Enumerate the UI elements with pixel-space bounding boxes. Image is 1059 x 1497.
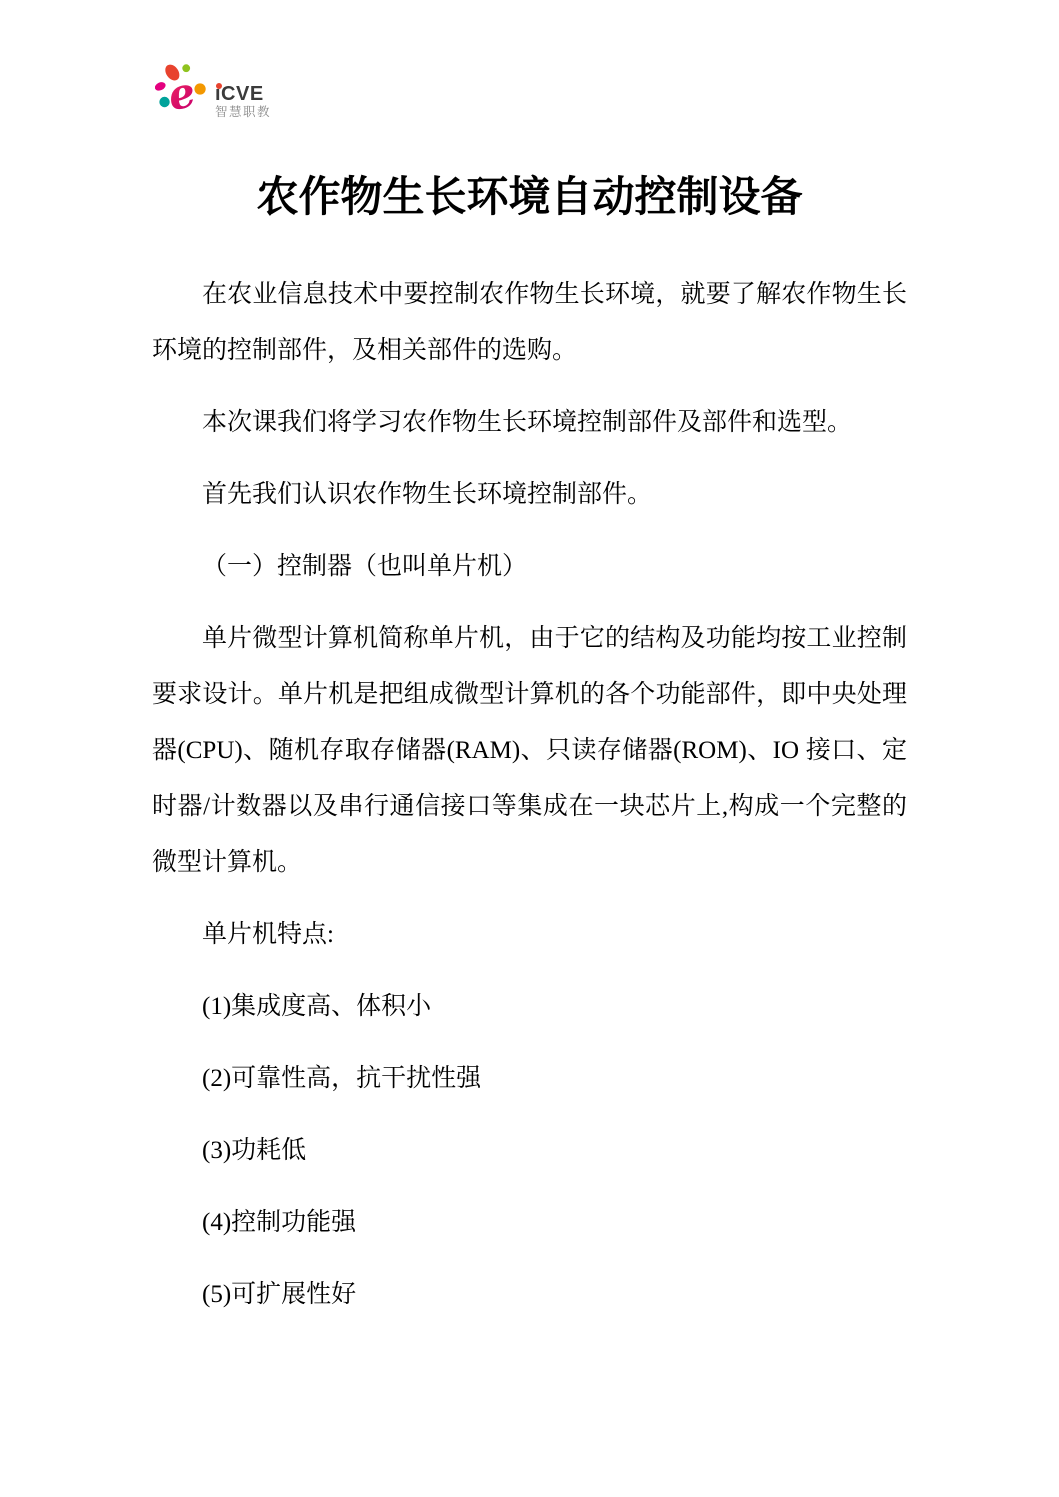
list-item: (3)功耗低	[152, 1123, 907, 1179]
brand-subtitle: 智慧职教	[215, 106, 271, 119]
list-item: (4)控制功能强	[152, 1195, 907, 1251]
body-paragraph: 在农业信息技术中要控制农作物生长环境，就要了解农作物生长环境的控制部件，及相关部…	[152, 267, 907, 379]
body-paragraph: 单片微型计算机简称单片机，由于它的结构及功能均按工业控制要求设计。单片机是把组成…	[152, 611, 907, 891]
list-item: (5)可扩展性好	[152, 1267, 907, 1323]
svg-text:e: e	[164, 67, 200, 118]
brand-name-wrap: iCVE	[215, 84, 271, 104]
section-heading: （一）控制器（也叫单片机）	[152, 539, 907, 595]
list-item: (1)集成度高、体积小	[152, 979, 907, 1035]
document-body: 在农业信息技术中要控制农作物生长环境，就要了解农作物生长环境的控制部件，及相关部…	[152, 267, 907, 1323]
icve-logo-text: iCVE 智慧职教	[215, 84, 271, 119]
i-tittle-dot-icon	[216, 83, 222, 89]
body-paragraph: 单片机特点:	[152, 907, 907, 963]
page-title: 农作物生长环境自动控制设备	[152, 170, 907, 226]
body-paragraph: 首先我们认识农作物生长环境控制部件。	[152, 467, 907, 523]
document-page: e iCVE 智慧职教 农作物生长环境自动控制设备 在农业信息技术中要控制农作物…	[0, 0, 1059, 1497]
icve-logo-icon: e	[155, 60, 207, 118]
brand-name: iCVE	[215, 83, 264, 105]
body-paragraph: 本次课我们将学习农作物生长环境控制部件及部件和选型。	[152, 395, 907, 451]
list-item: (2)可靠性高，抗干扰性强	[152, 1051, 907, 1107]
icve-logo: e iCVE 智慧职教	[155, 60, 1059, 120]
